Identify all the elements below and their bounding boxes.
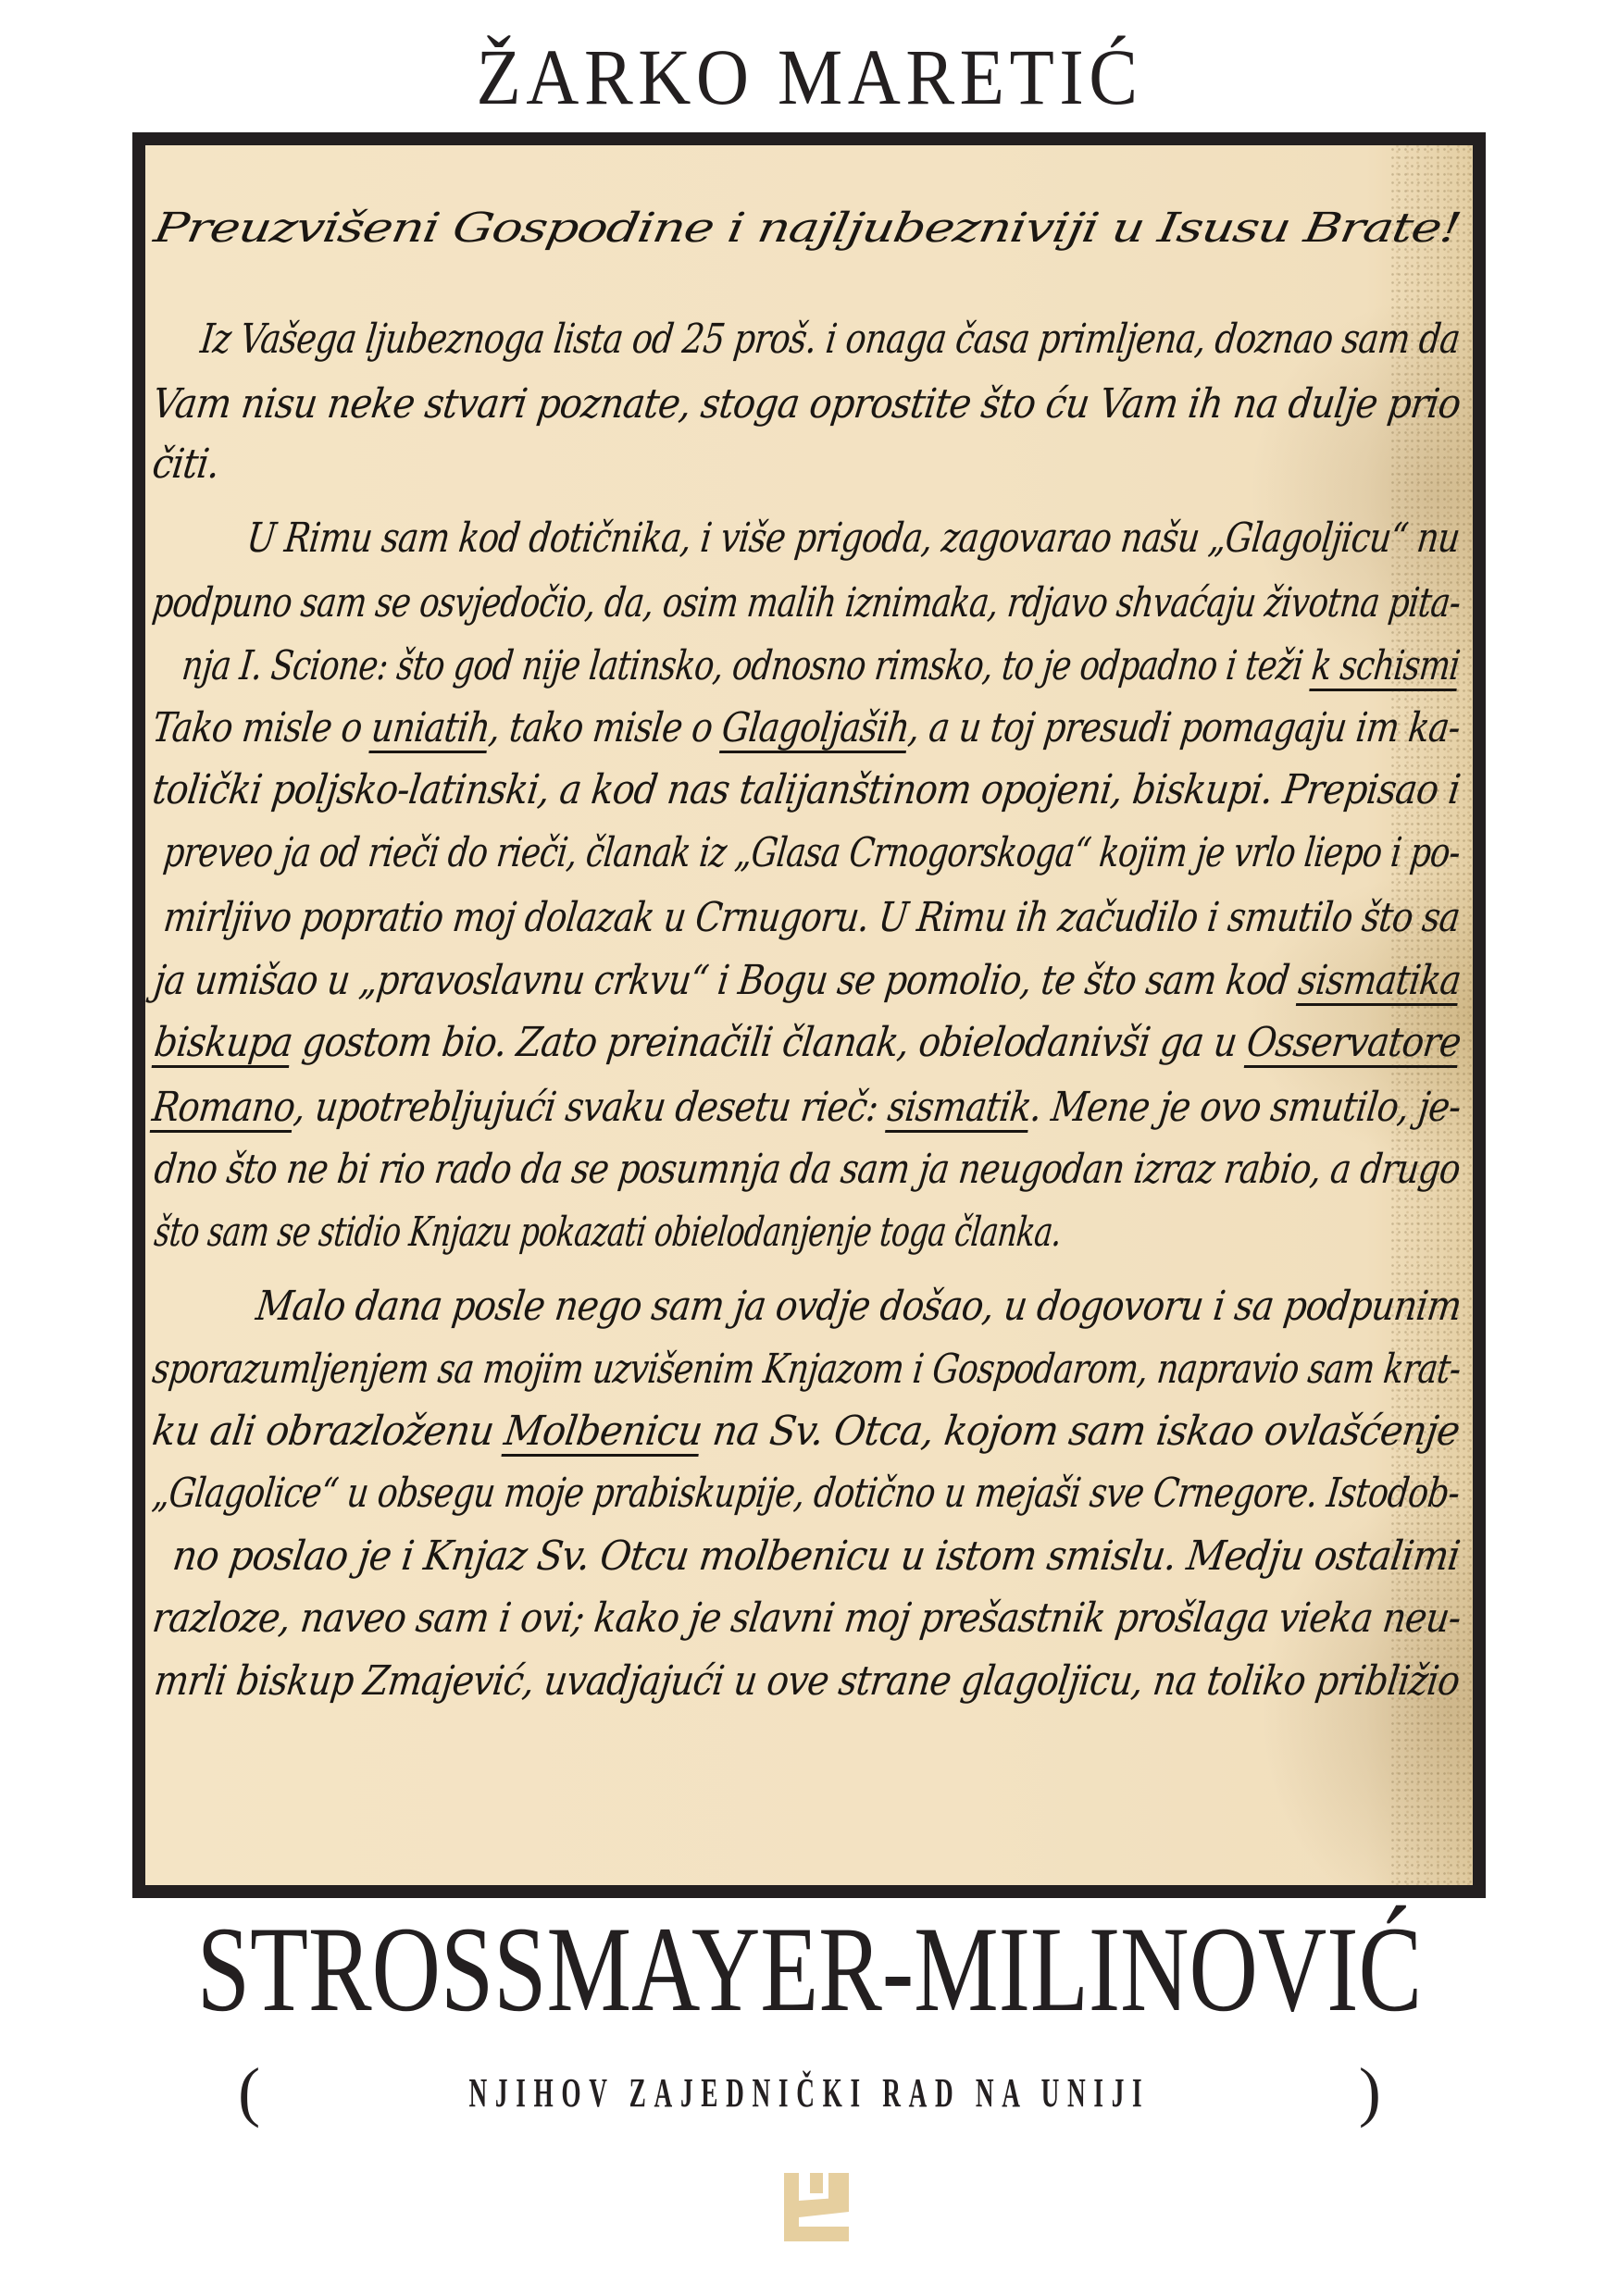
underlined-word: sismatika xyxy=(1296,957,1463,1004)
handwritten-line: što sam se stidio Knjazu pokazati obielo… xyxy=(152,1210,1064,1256)
handwritten-line: „Glagolice“ u obsegu moje prabiskupije, … xyxy=(150,1471,1462,1517)
handwritten-line: tolički poljsko-latinski, a kod nas tali… xyxy=(150,767,1463,813)
handwritten-line: preveo ja od rieči do rieči, članak iz „… xyxy=(161,830,1462,876)
manuscript-frame: Preuzvišeni Gospodine i najljubezniviji … xyxy=(132,132,1486,1898)
underlined-word: Romano xyxy=(150,1084,297,1131)
handwritten-line: nja I. Scione: što god nije latinsko, od… xyxy=(180,643,1462,689)
handwritten-line: ja umišao u „pravoslavnu crkvu“ i Bogu s… xyxy=(152,958,1463,1004)
manuscript-letter-image: Preuzvišeni Gospodine i najljubezniviji … xyxy=(145,145,1473,1885)
subtitle-text: NJIHOV ZAJEDNIČKI RAD NA UNIJI xyxy=(469,2064,1151,2123)
handwritten-line: Romano, upotrebljujući svaku desetu rieč… xyxy=(150,1085,1463,1131)
handwritten-line: Malo dana posle nego sam ja ovdje došao,… xyxy=(254,1284,1463,1330)
publisher-logo-icon xyxy=(784,2173,851,2241)
handwritten-line: no poslao je i Knjaz Sv. Otcu molbenicu … xyxy=(170,1533,1463,1580)
book-title: STROSSMAYER-MILINOVIĆ xyxy=(178,1908,1440,2030)
subtitle-open-paren: ( xyxy=(238,2054,260,2128)
subtitle-close-paren: ) xyxy=(1359,2054,1381,2128)
handwritten-line: Preuzvišeni Gospodine i najljubezniviji … xyxy=(151,205,1463,252)
handwritten-line: dno što ne bi rio rado da se posumnja da… xyxy=(152,1147,1463,1193)
underlined-word: Molbenicu xyxy=(502,1408,705,1455)
underlined-word: uniatih xyxy=(369,704,492,751)
underlined-word: sismatik xyxy=(885,1084,1033,1131)
underlined-word: Glagoljaših xyxy=(719,704,912,751)
handwritten-line: sporazumljenjem sa mojim uzvišenim Knjaz… xyxy=(150,1347,1463,1393)
handwritten-line: mrli biskup Zmajević, uvadjajući u ove s… xyxy=(152,1658,1462,1705)
underlined-word: Osservatore xyxy=(1244,1019,1463,1066)
handwritten-line: Iz Vašega ljubeznoga lista od 25 proš. i… xyxy=(198,316,1462,363)
author-name: ŽARKO MARETIĆ xyxy=(65,35,1554,118)
handwritten-line: mirljivo popratio moj dolazak u Crnugoru… xyxy=(161,895,1462,941)
handwritten-line: ku ali obrazloženu Molbenicu na Sv. Otca… xyxy=(150,1409,1463,1455)
book-subtitle: (NJIHOV ZAJEDNIČKI RAD NA UNIJI) xyxy=(0,2062,1619,2123)
handwritten-line: Tako misle o uniatih, tako misle o Glago… xyxy=(150,705,1463,751)
handwritten-line: U Rimu sam kod dotičnika, i više prigoda… xyxy=(244,515,1462,562)
handwritten-line: podpuno sam se osvjedočio, da, osim mali… xyxy=(150,580,1463,627)
handwritten-line: čiti. xyxy=(150,441,222,488)
handwritten-line: biskupa gostom bio. Zato preinačili član… xyxy=(152,1020,1463,1066)
handwritten-line: razloze, naveo sam i ovi; kako je slavni… xyxy=(150,1595,1463,1642)
handwritten-line: Vam nisu neke stvari poznate, stoga opro… xyxy=(150,381,1463,428)
underlined-word: k schismi xyxy=(1309,642,1462,689)
underlined-word: biskupa xyxy=(152,1019,295,1066)
